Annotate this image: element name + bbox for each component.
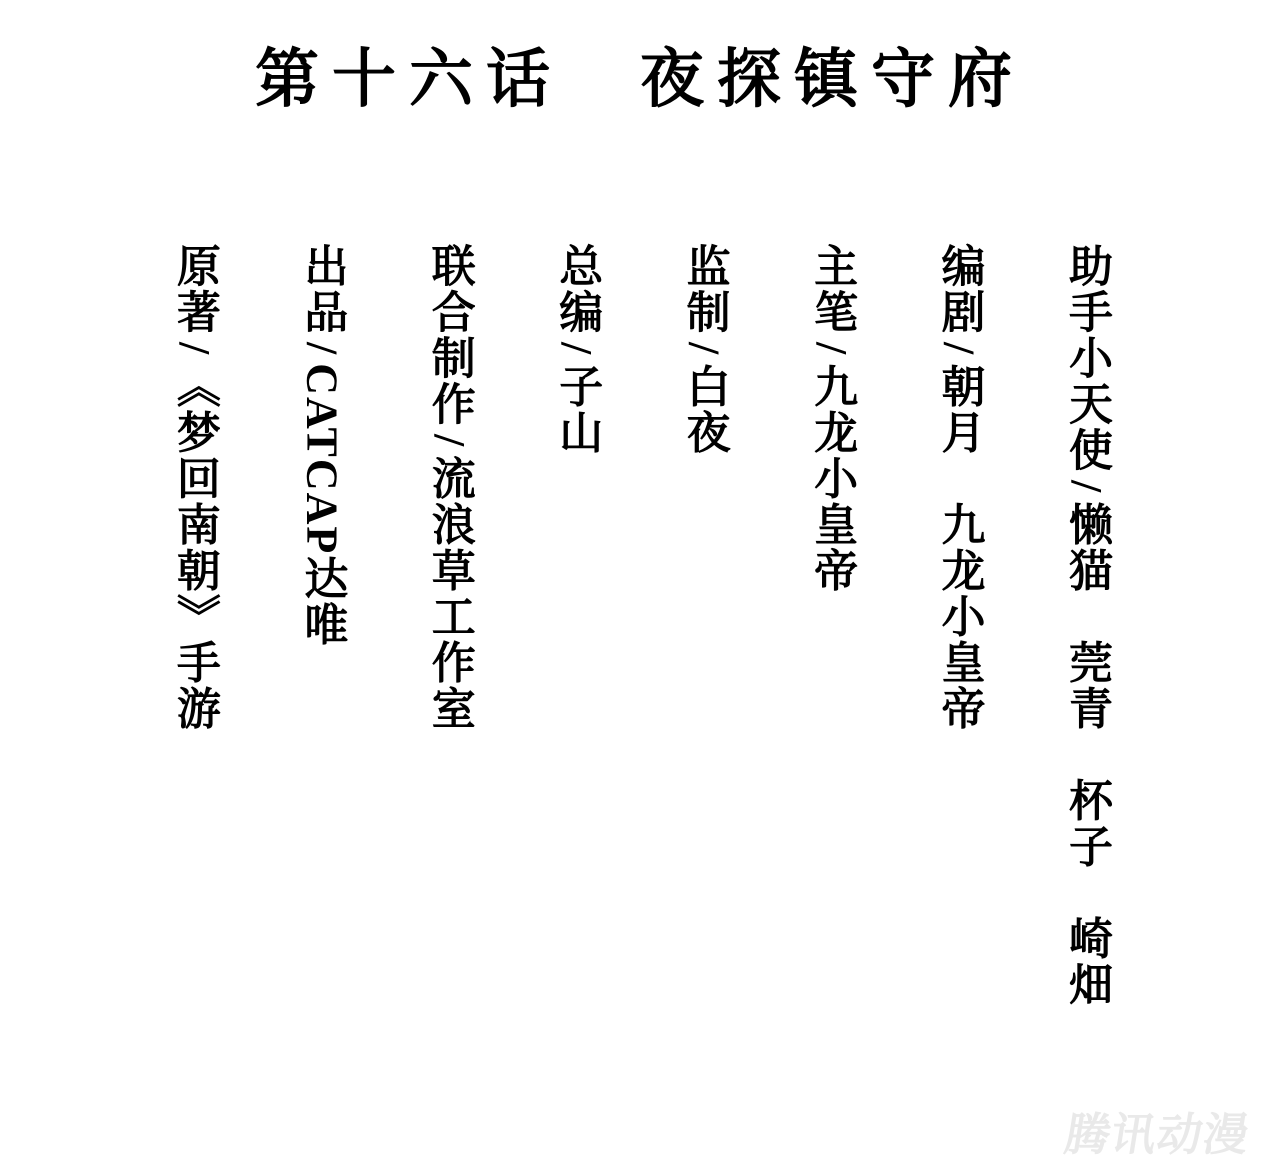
credit-role-label: 联合制作 (425, 243, 474, 427)
credit-role-label: 原著 (170, 243, 219, 335)
credit-names: 子山 (552, 363, 601, 455)
credit-column-chief-editor: 总编/子山 (550, 243, 602, 455)
credit-column-original-work: 原著/《梦回南朝》手游 (168, 243, 220, 731)
credit-role-label: 总编 (552, 243, 601, 335)
credit-names: 流浪草工作室 (425, 455, 474, 731)
credit-names: 懒猫 莞青 杯子 崎畑 (1062, 501, 1111, 1007)
credit-names: 《梦回南朝》手游 (170, 363, 219, 731)
credit-role-label: 助手小天使 (1062, 243, 1111, 473)
slash-separator: / (935, 342, 984, 356)
credit-column-producer: 出品/CATCAP达唯 (295, 243, 347, 647)
credit-column-screenwriter: 编剧/朝月 九龙小皇帝 (933, 243, 985, 731)
credit-column-lead-artist: 主笔/九龙小皇帝 (805, 243, 857, 593)
credit-column-supervisor: 监制/白夜 (678, 243, 730, 455)
credit-role-label: 出品 (297, 243, 346, 335)
credit-role-label: 主笔 (807, 243, 856, 335)
tencent-comics-watermark: 腾讯动漫 (1061, 1098, 1255, 1163)
credit-names: CATCAP达唯 (297, 363, 346, 647)
credit-names: 朝月 九龙小皇帝 (935, 363, 984, 731)
slash-separator: / (680, 342, 729, 356)
slash-separator: / (170, 342, 219, 356)
slash-separator: / (552, 342, 601, 356)
credit-names: 九龙小皇帝 (807, 363, 856, 593)
slash-separator: / (807, 342, 856, 356)
chapter-title: 第十六话 夜探镇守府 (0, 46, 1280, 113)
credit-role-label: 编剧 (935, 243, 984, 335)
credit-column-assistants: 助手小天使/懒猫 莞青 杯子 崎畑 (1060, 243, 1112, 1007)
credit-names: 白夜 (680, 363, 729, 455)
credit-column-co-production: 联合制作/流浪草工作室 (423, 243, 475, 731)
credit-role-label: 监制 (680, 243, 729, 335)
credits-block: 原著/《梦回南朝》手游 出品/CATCAP达唯 联合制作/流浪草工作室 总编/子… (168, 243, 1112, 1007)
slash-separator: / (1062, 480, 1111, 494)
comic-credits-page: 第十六话 夜探镇守府 原著/《梦回南朝》手游 出品/CATCAP达唯 联合制作/… (0, 0, 1280, 1175)
slash-separator: / (297, 342, 346, 356)
slash-separator: / (425, 434, 474, 448)
